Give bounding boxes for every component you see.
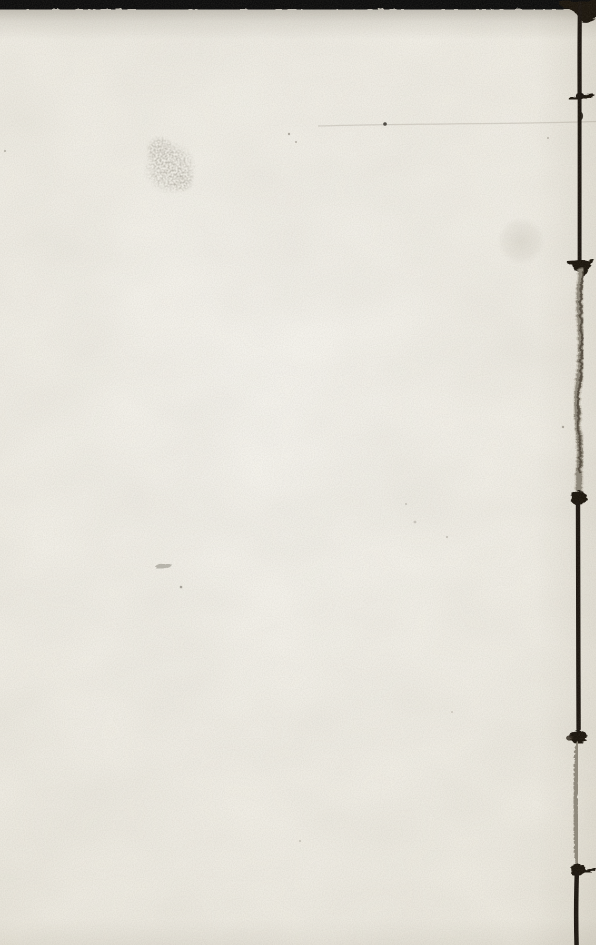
paper-grain-texture bbox=[0, 0, 596, 945]
scanned-page bbox=[0, 0, 596, 945]
scan-artifacts-layer bbox=[0, 0, 596, 945]
